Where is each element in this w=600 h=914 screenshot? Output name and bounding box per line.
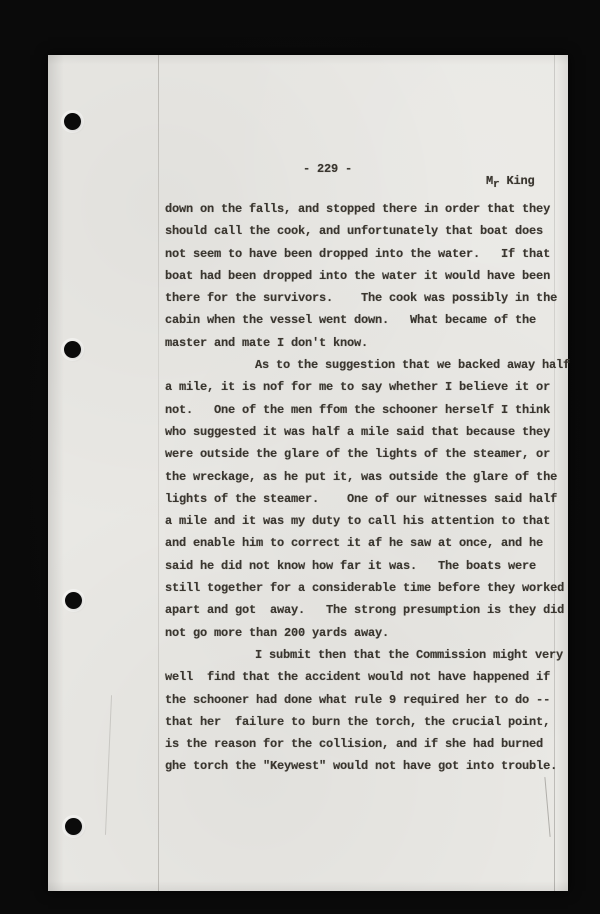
text-line: there for the survivors. The cook was po…	[165, 287, 567, 309]
text-line: lights of the steamer. One of our witnes…	[165, 488, 567, 510]
document-page: - 229 - Mr King down on the falls, and s…	[48, 55, 568, 891]
text-line: the wreckage, as he put it, was outside …	[165, 466, 567, 488]
hole-punch	[64, 113, 81, 130]
hole-punch	[65, 818, 82, 835]
page-number: - 229 -	[303, 162, 352, 176]
text-line: cabin when the vessel went down. What be…	[165, 309, 567, 331]
hole-punch	[64, 341, 81, 358]
text-line: boat had been dropped into the water it …	[165, 265, 567, 287]
attribution-initial: M	[486, 174, 493, 188]
page-fold-line	[158, 55, 159, 891]
text-line: the schooner had done what rule 9 requir…	[165, 689, 567, 711]
attribution-subscript: r	[493, 179, 499, 191]
paragraph: down on the falls, and stopped there in …	[165, 198, 567, 354]
paper-scratch	[544, 777, 550, 837]
text-line: were outside the glare of the lights of …	[165, 443, 567, 465]
attribution-name: King	[499, 174, 534, 188]
text-line: a mile and it was my duty to call his at…	[165, 510, 567, 532]
text-line: is the reason for the collision, and if …	[165, 733, 567, 755]
paragraph: I submit then that the Commission might …	[165, 644, 567, 778]
text-line: that her failure to burn the torch, the …	[165, 711, 567, 733]
text-line: should call the cook, and unfortunately …	[165, 220, 567, 242]
header-attribution: Mr King	[444, 160, 534, 202]
hole-punch	[65, 592, 82, 609]
text-line: not seem to have been dropped into the w…	[165, 243, 567, 265]
text-line: not. One of the men ffom the schooner he…	[165, 399, 567, 421]
text-line: apart and got away. The strong presumpti…	[165, 599, 567, 621]
text-line: I submit then that the Commission might …	[165, 644, 567, 666]
text-line: who suggested it was half a mile said th…	[165, 421, 567, 443]
text-line: a mile, it is nof for me to say whether …	[165, 376, 567, 398]
text-line: still together for a considerable time b…	[165, 577, 567, 599]
text-line: down on the falls, and stopped there in …	[165, 198, 567, 220]
text-line: and enable him to correct it af he saw a…	[165, 532, 567, 554]
text-line: not go more than 200 yards away.	[165, 622, 567, 644]
text-line: ghe torch the "Keywest" would not have g…	[165, 755, 567, 777]
text-line: master and mate I don't know.	[165, 332, 567, 354]
paper-crease	[105, 695, 112, 835]
document-body: down on the falls, and stopped there in …	[165, 198, 567, 778]
text-line: said he did not know how far it was. The…	[165, 555, 567, 577]
paragraph: As to the suggestion that we backed away…	[165, 354, 567, 644]
scan-background: - 229 - Mr King down on the falls, and s…	[0, 0, 600, 914]
text-line: As to the suggestion that we backed away…	[165, 354, 567, 376]
text-line: well find that the accident would not ha…	[165, 666, 567, 688]
